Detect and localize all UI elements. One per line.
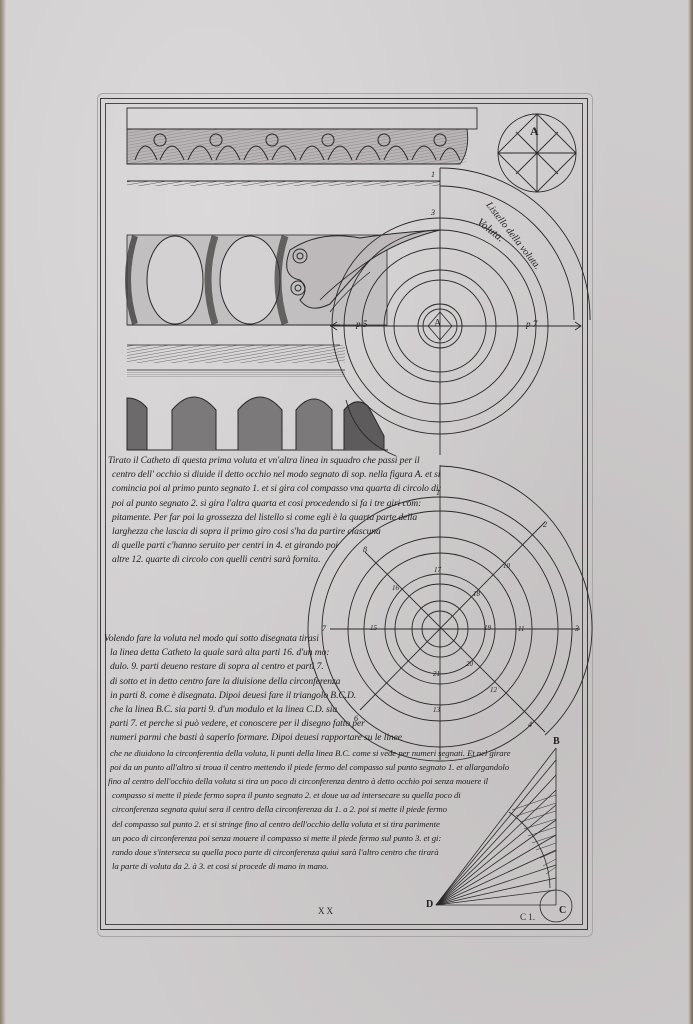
capital-abacus (127, 108, 477, 186)
engraver-signature: C 1. (520, 912, 535, 922)
text-line: circonferenza segnata quiui sera il cent… (104, 802, 574, 816)
inner-label-18: 18 (473, 590, 480, 598)
text-line: di sotto et in detto centro fare la diui… (104, 675, 574, 689)
capital-echinus-arcade (127, 325, 388, 450)
triangle-vertex-d: D (426, 899, 433, 910)
mark-p7-right: p 7 (526, 319, 537, 329)
text-line: numeri parmi che basti à saperlo formare… (104, 731, 574, 745)
mark-p: p (526, 319, 531, 329)
text-line: fino al centro dell'occhio della voluta … (104, 774, 574, 788)
volute-eye-letter-a: A (434, 318, 441, 329)
spoke-label-3: 3 (575, 624, 579, 633)
inner-label-10: 10 (503, 562, 510, 570)
text-line: rando doue s'interseca su quella poco pa… (104, 845, 574, 859)
text-line: di quelle parti c'hanno seruito per cent… (108, 539, 438, 553)
text-line: dulo. 9. parti deueno restare di sopra a… (104, 660, 574, 674)
mark-p: p (356, 319, 361, 329)
text-line: la parte di voluta da 2. à 3. et cosi si… (104, 859, 574, 873)
capital-cushion (127, 230, 440, 325)
plate-number: XX (318, 906, 335, 916)
text-line: Tirato il Catheto di questa prima voluta… (108, 454, 438, 468)
inner-label-19: 19 (484, 624, 491, 632)
spoke-label-2: 2 (543, 520, 547, 529)
inner-label-16: 16 (392, 584, 399, 592)
instruction-text-first: Tirato il Catheto di questa prima voluta… (108, 454, 438, 568)
triangle-vertex-c: C (559, 905, 566, 916)
text-line: che ne diuidono la circonferentia della … (104, 746, 574, 760)
text-line: compasso si mette il piede fermo sopra i… (104, 788, 574, 802)
text-line: in parti 8. come è disegnata. Dipoi deue… (104, 689, 574, 703)
text-line: altre 12. quarte di circolo con quelli c… (108, 553, 438, 567)
text-line: Volendo fare la voluta nel modo qui sott… (104, 632, 574, 646)
mark-p5-left: p 5 (356, 319, 367, 329)
cathetus-mark-1: 1 (431, 170, 435, 179)
text-line: comincia poi al primo punto segnato 1. e… (108, 482, 438, 496)
instruction-text-second: Volendo fare la voluta nel modo qui sott… (104, 632, 574, 873)
text-line: larghezza che lascia di sopra il primo g… (108, 525, 438, 539)
text-line: parti 7. et perche si può vedere, et con… (104, 717, 574, 731)
inner-label-15: 15 (370, 624, 377, 632)
text-line: centro dell' occhio si diuide il detto o… (108, 468, 438, 482)
mark-7: 7 (533, 319, 538, 329)
text-line: poi al punto segnato 2. si gira l'altra … (108, 497, 438, 511)
mark-5: 5 (363, 319, 368, 329)
text-line: che la linea B.C. sia parti 9. d'un modu… (104, 703, 574, 717)
text-line: poi da un punto all'altro si troua il ce… (104, 760, 574, 774)
text-line: un poco di circonferenza poi senza mouer… (104, 831, 574, 845)
cathetus-mark-3: 3 (431, 208, 435, 217)
text-line: la linea detta Catheto la quale sarà alt… (104, 646, 574, 660)
eye-letter-a: A (530, 124, 539, 139)
text-line: pitamente. Per far poi la grossezza del … (108, 511, 438, 525)
text-line: del compasso sul punto 2. et si stringe … (104, 817, 574, 831)
